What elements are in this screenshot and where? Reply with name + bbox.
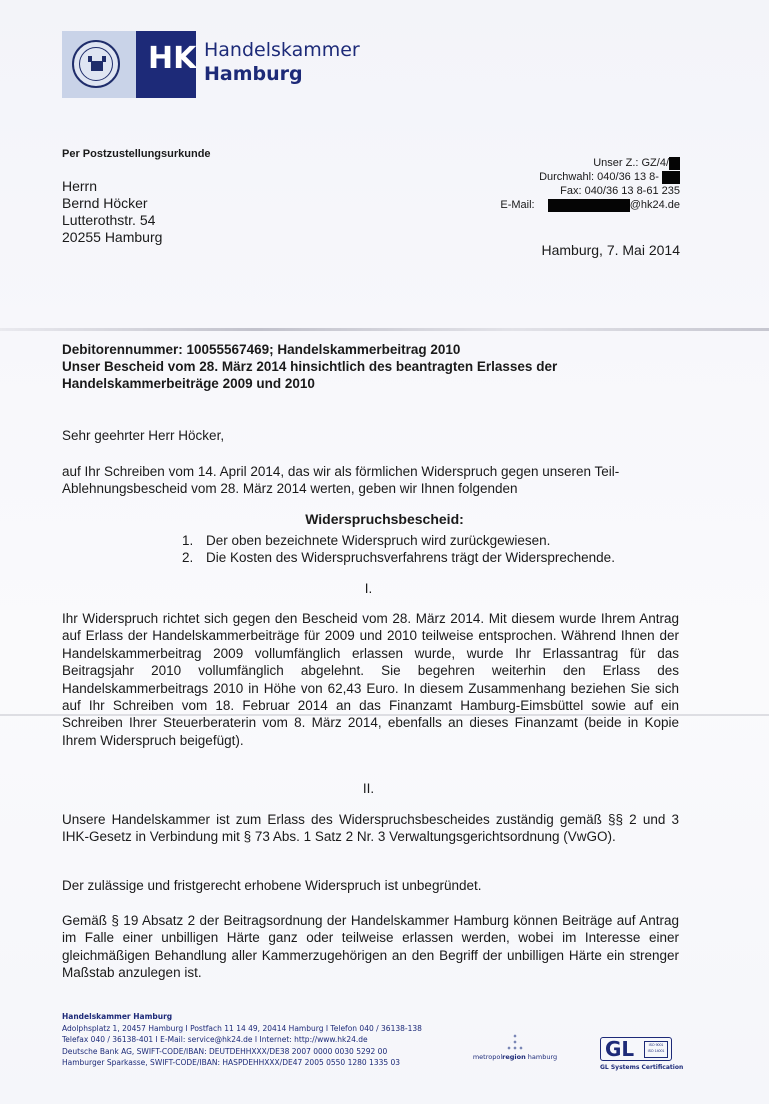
intro-paragraph: auf Ihr Schreiben vom 14. April 2014, da…	[62, 463, 679, 498]
gl-certification-logo: GL ISO 9001ISO 14001 GL Systems Certific…	[600, 1037, 675, 1071]
footer-address: Adolphsplatz 1, 20457 Hamburg I Postfach…	[62, 1023, 422, 1035]
subject-line: Debitorennummer: 10055567469; Handelskam…	[62, 341, 557, 358]
logo-seal-panel	[62, 31, 136, 98]
footer-contact: Telefax 040 / 36138-401 I E-Mail: servic…	[62, 1034, 422, 1046]
section2-paragraph: Gemäß § 19 Absatz 2 der Beitragsordnung …	[62, 912, 679, 982]
redaction-bar	[669, 157, 680, 170]
subject-line: Unser Bescheid vom 28. März 2014 hinsich…	[62, 358, 557, 375]
metropolregion-logo: metropolregion hamburg	[470, 1033, 560, 1061]
paper-crease	[0, 714, 769, 716]
footer-bank: Deutsche Bank AG, SWIFT-CODE/IBAN: DEUTD…	[62, 1046, 422, 1058]
delivery-method: Per Postzustellungsurkunde	[62, 148, 211, 160]
letter-footer: Handelskammer Hamburg Adolphsplatz 1, 20…	[62, 1011, 422, 1069]
footer-org: Handelskammer Hamburg	[62, 1011, 422, 1023]
our-reference: Unser Z.: GZ/4/	[500, 156, 680, 170]
iso-badge: ISO 9001ISO 14001	[644, 1041, 668, 1058]
footer-bank: Hamburger Sparkasse, SWIFT-CODE/IBAN: HA…	[62, 1057, 422, 1069]
hamburg-coat-of-arms-seal-icon	[72, 40, 120, 88]
list-item: 1.Der oben bezeichnete Widerspruch wird …	[182, 532, 615, 549]
gl-badge-icon: GL ISO 9001ISO 14001	[600, 1037, 672, 1061]
reference-block: Unser Z.: GZ/4/ Durchwahl: 040/36 13 8- …	[500, 156, 680, 212]
org-name-line1: Handelskammer	[204, 39, 360, 61]
decision-title: Widerspruchsbescheid:	[0, 511, 769, 527]
direct-dial: Durchwahl: 040/36 13 8-	[500, 170, 680, 184]
section-heading: II.	[0, 781, 737, 796]
fax-number: Fax: 040/36 13 8-61 235	[500, 184, 680, 198]
recipient-city: 20255 Hamburg	[62, 229, 162, 246]
org-name-line2: Hamburg	[204, 63, 303, 85]
section2-paragraph: Unsere Handelskammer ist zum Erlass des …	[62, 811, 679, 846]
section1-paragraph: Ihr Widerspruch richtet sich gegen den B…	[62, 610, 679, 749]
subject-block: Debitorennummer: 10055567469; Handelskam…	[62, 341, 557, 392]
redaction-bar	[548, 199, 630, 212]
decision-list: 1.Der oben bezeichnete Widerspruch wird …	[182, 532, 615, 567]
email-line: E-Mail: @hk24.de	[500, 198, 680, 212]
list-item: 2.Die Kosten des Widerspruchsverfahrens …	[182, 549, 615, 566]
recipient-salutation: Herrn	[62, 178, 162, 195]
recipient-name: Bernd Höcker	[62, 195, 162, 212]
letterhead-logo: HK Handelskammer Hamburg	[62, 31, 342, 98]
letter-page: HK Handelskammer Hamburg Per Postzustell…	[0, 0, 769, 1104]
section2-paragraph: Der zulässige und fristgerecht erhobene …	[62, 877, 679, 894]
letter-date: Hamburg, 7. Mai 2014	[541, 242, 680, 258]
metropolregion-icon	[506, 1033, 524, 1051]
salutation: Sehr geehrter Herr Höcker,	[62, 427, 679, 444]
recipient-address: Herrn Bernd Höcker Lutterothstr. 54 2025…	[62, 178, 162, 246]
gl-caption: GL Systems Certification	[600, 1064, 675, 1071]
castle-icon	[91, 61, 103, 71]
subject-line: Handelskammerbeiträge 2009 und 2010	[62, 375, 557, 392]
logo-hk-block: HK	[136, 31, 196, 98]
logo-abbr: HK	[148, 41, 196, 76]
section-heading: I.	[0, 581, 737, 596]
redaction-bar	[662, 171, 680, 184]
paper-fold-line	[0, 328, 769, 331]
recipient-street: Lutterothstr. 54	[62, 212, 162, 229]
